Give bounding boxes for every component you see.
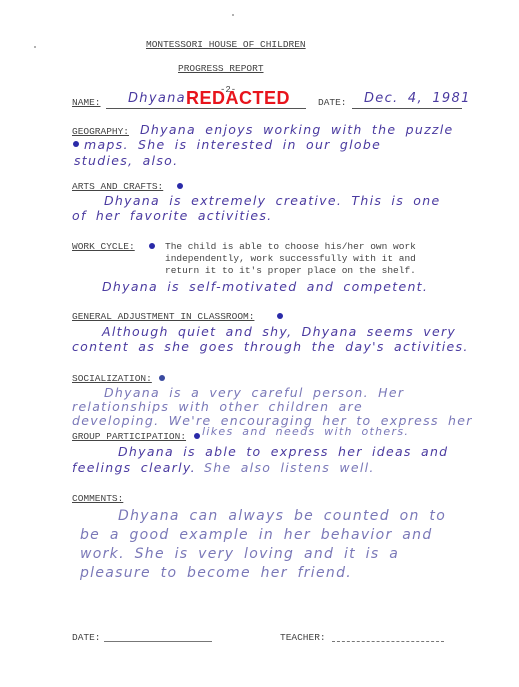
- bullet-dot-icon: [177, 183, 183, 189]
- adjustment-line-1: Although quiet and shy, Dhyana seems ver…: [102, 324, 456, 339]
- geography-line-2: maps. She is interested in our globe: [84, 137, 381, 152]
- comments-line-3: work. She is very loving and it is a: [80, 546, 399, 562]
- paper-speck: [34, 46, 36, 48]
- group-line-1: Dhyana is able to express her ideas and: [118, 444, 448, 459]
- comments-line-4: pleasure to become her friend.: [80, 565, 352, 581]
- date-label: DATE:: [318, 97, 347, 108]
- work-cycle-typed-1: The child is able to choose his/her own …: [165, 241, 416, 252]
- adjustment-label: GENERAL ADJUSTMENT IN CLASSROOM:: [72, 311, 254, 322]
- bullet-dot-icon: [277, 313, 283, 319]
- socialization-label: SOCIALIZATION:: [72, 373, 152, 384]
- socialization-line-1: Dhyana is a very careful person. Her: [104, 385, 404, 400]
- arts-label: ARTS AND CRAFTS:: [72, 181, 163, 192]
- socialization-line-2: relationships with other children are: [72, 399, 363, 414]
- geography-line-3: studies, also.: [74, 153, 178, 168]
- paper-speck: [232, 14, 234, 16]
- geography-line-1: Dhyana enjoys working with the puzzle: [140, 122, 454, 137]
- work-cycle-line-1: Dhyana is self-motivated and competent.: [102, 279, 428, 294]
- footer-date-line[interactable]: [104, 630, 212, 642]
- redaction-overlay: REDACTED: [186, 88, 290, 109]
- adjustment-line-2: content as she goes through the day's ac…: [72, 339, 469, 354]
- comments-line-2: be a good example in her behavior and: [80, 527, 433, 543]
- group-label: GROUP PARTICIPATION:: [72, 431, 186, 442]
- school-name: MONTESSORI HOUSE OF CHILDREN: [146, 39, 306, 50]
- report-date: Dec. 4, 1981: [364, 91, 471, 106]
- footer-teacher-label: TEACHER:: [280, 632, 326, 643]
- geography-label: GEOGRAPHY:: [72, 126, 129, 137]
- work-cycle-typed-2: independently, work successfully with it…: [165, 253, 416, 264]
- socialization-line-4: likes and needs with others.: [202, 425, 409, 438]
- bullet-dot-icon: [159, 375, 165, 381]
- footer-date-label: DATE:: [72, 632, 101, 643]
- work-cycle-label: WORK CYCLE:: [72, 241, 135, 252]
- group-line-2: feelings clearly.: [72, 460, 196, 475]
- comments-line-1: Dhyana can always be counted on to: [118, 508, 446, 524]
- group-line-3: She also listens well.: [204, 460, 375, 475]
- bullet-dot-icon: [194, 433, 200, 439]
- comments-label: COMMENTS:: [72, 493, 123, 504]
- name-label: NAME:: [72, 97, 101, 108]
- arts-line-1: Dhyana is extremely creative. This is on…: [104, 193, 440, 208]
- bullet-dot-icon: [73, 141, 79, 147]
- report-title: PROGRESS REPORT: [178, 63, 264, 74]
- work-cycle-typed-3: return it to it's proper place on the sh…: [165, 265, 416, 276]
- footer-teacher-line[interactable]: [332, 630, 444, 642]
- bullet-dot-icon: [149, 243, 155, 249]
- arts-line-2: of her favorite activities.: [72, 208, 272, 223]
- student-name: Dhyana: [128, 91, 186, 106]
